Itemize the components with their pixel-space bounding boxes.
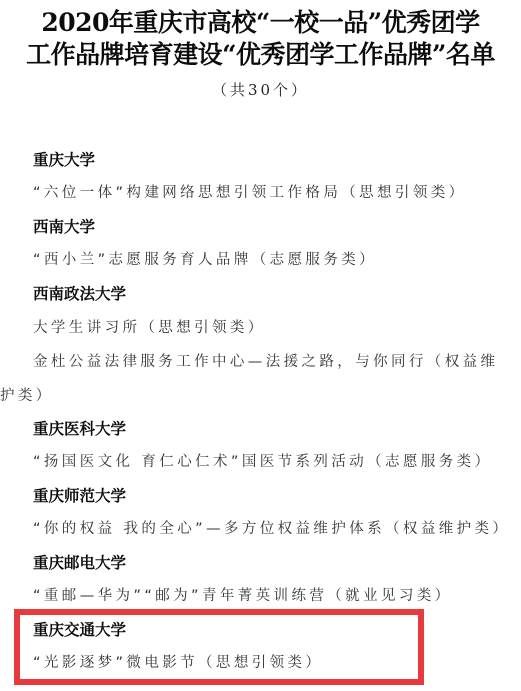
project-item-continuation: 护类）: [0, 386, 54, 406]
project-item: 金杜公益法律服务工作中心—法援之路，与你同行（权益维: [33, 352, 498, 372]
university-name: 重庆师范大学: [33, 486, 126, 506]
document-title-line-1: 2020年重庆市高校“一校一品”优秀团学: [0, 8, 521, 38]
document-title-line-2: 工作品牌培育建设“优秀团学工作品牌”名单: [0, 40, 521, 70]
project-item: “六位一体”构建网络思想引领工作格局（思想引领类）: [33, 183, 467, 203]
project-item: “你的权益 我的全心”—多方位权益维护体系（权益维护类）: [33, 519, 510, 539]
document-subtitle-count: （共30个）: [0, 80, 521, 100]
project-item: “重邮—华为”“邮为”青年菁英训练营（就业见习类）: [33, 586, 453, 606]
university-name: 重庆医科大学: [33, 419, 126, 439]
project-item-highlighted: “光影逐梦”微电影节（思想引领类）: [33, 653, 323, 673]
project-item: “扬国医文化 育仁心仁术”国医节系列活动（志愿服务类）: [33, 452, 492, 472]
university-name: 西南政法大学: [33, 284, 126, 304]
project-item: 大学生讲习所（思想引领类）: [33, 318, 266, 338]
university-name-highlighted: 重庆交通大学: [33, 620, 126, 640]
university-name: 西南大学: [33, 217, 95, 237]
university-name: 重庆大学: [33, 150, 95, 170]
university-name: 重庆邮电大学: [33, 553, 126, 573]
project-item: “西小兰”志愿服务育人品牌（志愿服务类）: [33, 250, 377, 270]
